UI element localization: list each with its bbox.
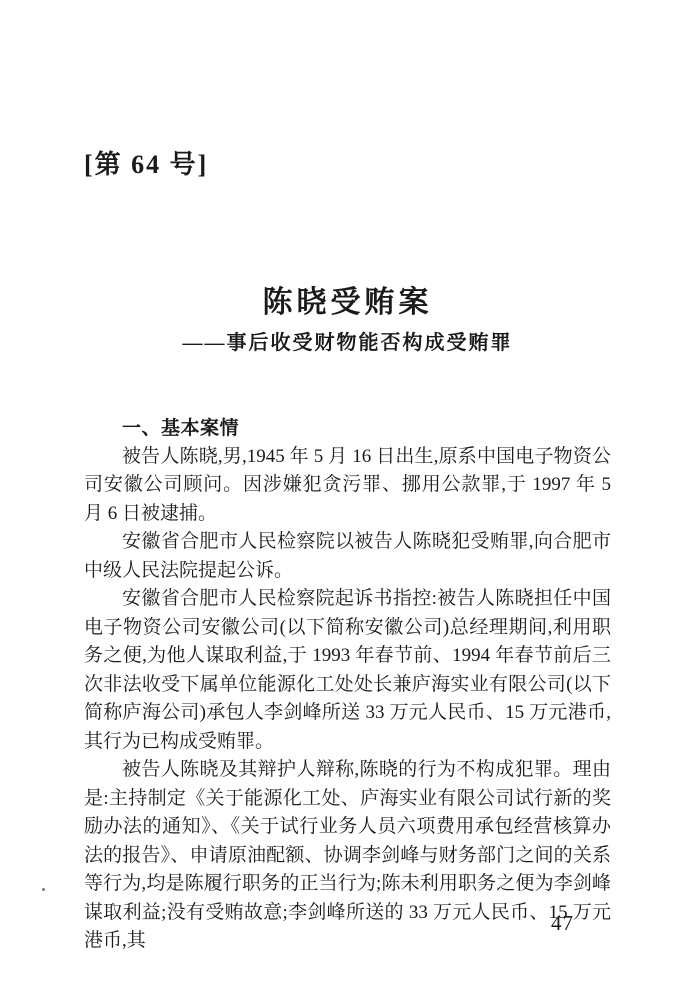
body-paragraph: 安徽省合肥市人民检察院起诉书指控:被告人陈晓担任中国电子物资公司安徽公司(以下简…	[84, 585, 611, 756]
book-page: [第 64 号] 陈晓受贿案 ——事后收受财物能否构成受贿罪 一、基本案情 被告…	[0, 0, 693, 999]
page-number: 47	[551, 911, 574, 936]
body-paragraph: 安徽省合肥市人民检察院以被告人陈晓犯受贿罪,向合肥市中级人民法院提起公诉。	[84, 528, 611, 585]
case-subtitle: ——事后收受财物能否构成受贿罪	[84, 330, 611, 356]
scan-speck-dot	[42, 888, 45, 891]
case-title: 陈晓受贿案	[84, 284, 611, 322]
case-number-label: [第 64 号]	[84, 148, 208, 182]
section-heading-basic-facts: 一、基本案情	[84, 414, 611, 443]
body-paragraph: 被告人陈晓及其辩护人辩称,陈晓的行为不构成犯罪。理由是:主持制定《关于能源化工处…	[84, 756, 611, 956]
body-content: 一、基本案情 被告人陈晓,男,1945 年 5 月 16 日出生,原系中国电子物…	[84, 414, 611, 956]
body-paragraph: 被告人陈晓,男,1945 年 5 月 16 日出生,原系中国电子物资公司安徽公司…	[84, 443, 611, 529]
